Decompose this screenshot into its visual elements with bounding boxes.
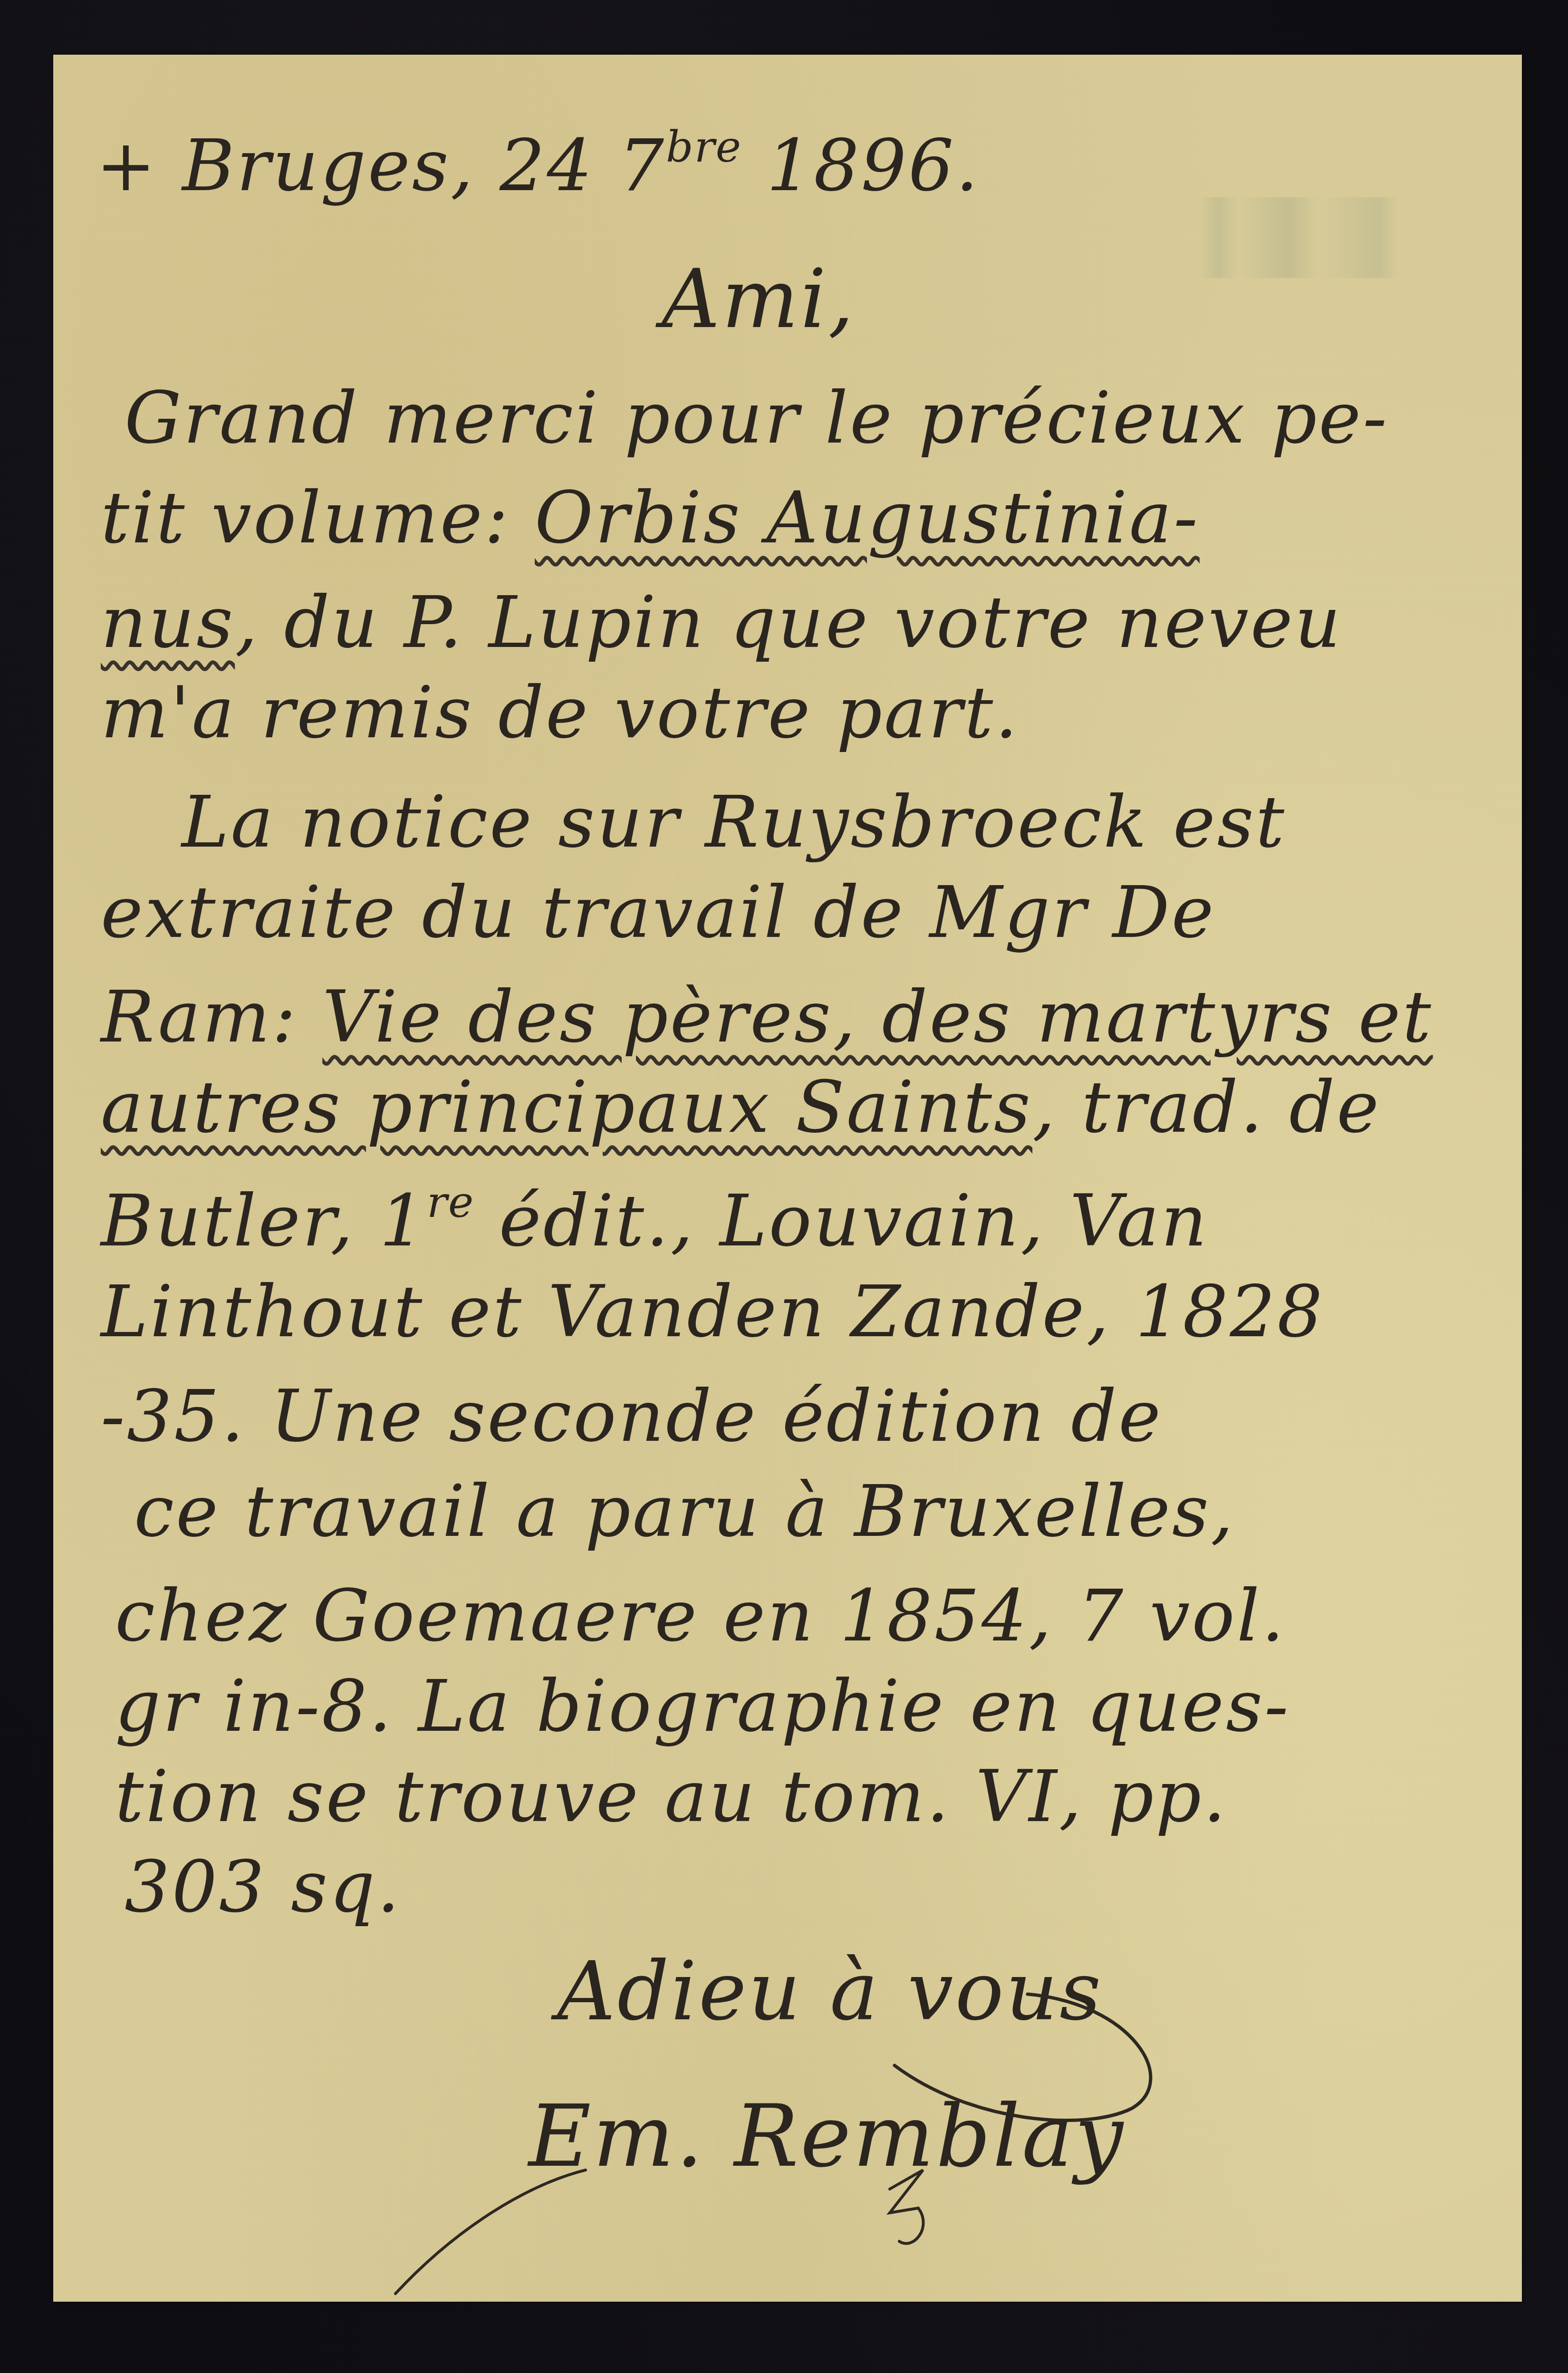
body-line-11: -35. Une seconde édition de: [101, 1381, 1163, 1452]
title-principaux-saints: autres principaux Saints: [101, 1066, 1032, 1149]
place: + Bruges,: [96, 125, 475, 207]
body-line-1: Grand merci pour le précieux pe-: [125, 383, 1389, 454]
ink-smudge: [1199, 197, 1398, 278]
body-line-9: Butler, 1re édit., Louvain, Van: [101, 1181, 1209, 1257]
body-line-14: gr in-8. La biographie en ques-: [115, 1671, 1290, 1742]
title-vie-des-peres: Vie des pères, des martyrs et: [322, 976, 1433, 1059]
body-line-15: tion se trouve au tom. VI, pp.: [115, 1761, 1228, 1833]
body-line-6: extraite du travail de Mgr De: [101, 877, 1216, 948]
body-line-16: 303 sq.: [125, 1852, 402, 1923]
day: 24: [500, 125, 594, 207]
letter-card: + Bruges, 24 7bre 1896. Ami, Grand merci…: [53, 55, 1522, 2302]
signature-flourish: [386, 2027, 956, 2313]
title-orbis-augustinianus: Orbis Augustinia-: [535, 477, 1200, 559]
place-date-line: + Bruges, 24 7bre 1896.: [96, 126, 980, 202]
year: 1896.: [767, 125, 980, 207]
body-line-12: ce travail a paru à Bruxelles,: [134, 1476, 1235, 1547]
body-line-13: chez Goemaere en 1854, 7 vol.: [115, 1581, 1286, 1652]
body-line-8: autres principaux Saints, trad. de: [101, 1072, 1381, 1143]
title-orbis-augustinianus-end: nus: [101, 581, 235, 664]
salutation: Ami,: [662, 259, 856, 340]
month-superscript: bre: [666, 122, 742, 172]
body-line-10: Linthout et Vanden Zande, 1828: [101, 1276, 1325, 1348]
body-line-2: tit volume: Orbis Augustinia-: [101, 482, 1200, 554]
month: 7: [619, 125, 666, 207]
body-line-3: nus, du P. Lupin que votre neveu: [101, 587, 1342, 658]
body-line-4: m'a remis de votre part.: [101, 677, 1020, 749]
body-line-5: La notice sur Ruysbroeck est: [182, 787, 1286, 858]
body-line-7: Ram: Vie des pères, des martyrs et: [101, 982, 1433, 1053]
